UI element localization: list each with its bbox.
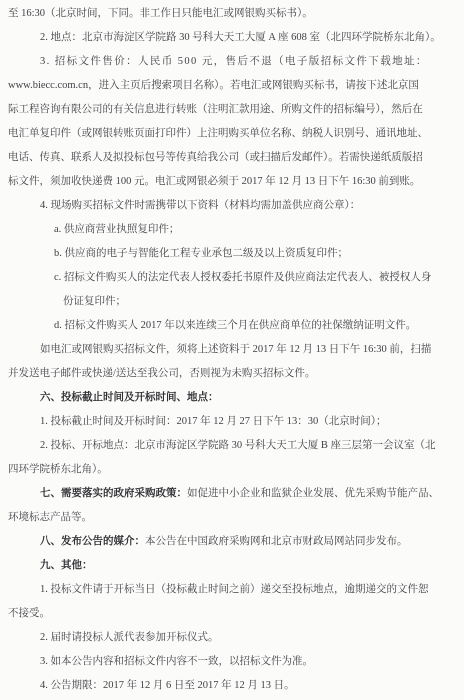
doc-line-text: www.biecc.com.cn，进入主页后搜索项目名称）。若电汇或网银购买标书… xyxy=(8,80,419,91)
doc-line: 四环学院桥东北角）。 xyxy=(0,458,464,482)
doc-line-text: 标文件，须加收快递费 100 元。电汇或网银必须于 2017 年 12 月 13… xyxy=(8,176,420,187)
doc-line-text: 至 16:30（北京时间，下同。非工作日只能电汇或网银购买标书）。 xyxy=(8,8,313,19)
doc-line-text: 3. 招标文件售价：人民币 500 元，售后不退（电子版招标文件下载地址： xyxy=(40,56,428,67)
doc-line: 八、发布公告的媒介：本公告在中国政府采购网和北京市财政局网站同步发布。 xyxy=(0,530,464,554)
doc-line: 电汇单复印件（或网银转账页面打印件）上注明购买单位名称、纳税人识别号、通讯地址、 xyxy=(0,122,464,146)
doc-line-text: 4. 现场购买招标文件时需携带以下资料（材料均需加盖供应商公章）： xyxy=(40,200,360,211)
section-heading: 九、其他： xyxy=(40,560,93,571)
document-page: 至 16:30（北京时间，下同。非工作日只能电汇或网银购买标书）。2. 地点：北… xyxy=(0,0,464,700)
doc-line: 1. 投标截止时间及开标时间：2017 年 12 月 27 日下午 13：30（… xyxy=(0,410,464,434)
doc-line: 4. 现场购买招标文件时需携带以下资料（材料均需加盖供应商公章）： xyxy=(0,194,464,218)
doc-line-text: 电汇单复印件（或网银转账页面打印件）上注明购买单位名称、纳税人识别号、通讯地址、 xyxy=(8,128,428,139)
doc-line: 2. 届时请投标人派代表参加开标仪式。 xyxy=(0,626,464,650)
doc-line: 2. 地点：北京市海淀区学院路 30 号科大天工大厦 A 座 608 室（北四环… xyxy=(0,26,464,50)
doc-line-text: 不接受。 xyxy=(8,608,50,619)
doc-line: a. 供应商营业执照复印件； xyxy=(0,218,464,242)
doc-line: 六、投标截止时间及开标时间、地点： xyxy=(0,386,464,410)
doc-line: 际工程咨询有限公司的有关信息进行转账（注明汇款用途、所购文件的招标编号），然后在 xyxy=(0,98,464,122)
doc-line-text: 4. 公告期限：2017 年 12 月 6 日至 2017 年 12 月 13 … xyxy=(40,680,295,691)
doc-line: www.biecc.com.cn，进入主页后搜索项目名称）。若电汇或网银购买标书… xyxy=(0,74,464,98)
doc-line-text: 如电汇或网银购买招标文件，须将上述资料于 2017 年 12 月 13 日下午 … xyxy=(40,344,431,355)
doc-line-text: 四环学院桥东北角）。 xyxy=(8,464,108,475)
doc-line-text: d. 招标文件购买人 2017 年以来连续三个月在供应商单位的社保缴纳证明文件。 xyxy=(54,320,416,331)
doc-line: 4. 公告期限：2017 年 12 月 6 日至 2017 年 12 月 13 … xyxy=(0,674,464,698)
doc-line: b. 供应商的电子与智能化工程专业承包二级及以上资质复印件； xyxy=(0,242,464,266)
doc-line: 并发送电子邮件或快递/送达至我公司，否则视为未购买招标文件。 xyxy=(0,362,464,386)
doc-line: c. 招标文件购买人的法定代表人授权委托书原件及供应商法定代表人、被授权人身 xyxy=(0,266,464,290)
doc-line-text: c. 招标文件购买人的法定代表人授权委托书原件及供应商法定代表人、被授权人身 xyxy=(54,272,431,283)
doc-line: 份证复印件； xyxy=(0,290,464,314)
section-heading: 七、需要落实的政府采购政策： xyxy=(40,488,187,499)
doc-line: 七、需要落实的政府采购政策：如促进中小企业和监狱企业发展、优先采购节能产品、 xyxy=(0,482,464,506)
doc-line-text: 2. 地点：北京市海淀区学院路 30 号科大天工大厦 A 座 608 室（北四环… xyxy=(40,32,441,43)
doc-line: 标文件，须加收快递费 100 元。电汇或网银必须于 2017 年 12 月 13… xyxy=(0,170,464,194)
doc-line-text: 并发送电子邮件或快递/送达至我公司，否则视为未购买招标文件。 xyxy=(8,368,315,379)
doc-line-text: 2. 届时请投标人派代表参加开标仪式。 xyxy=(40,632,219,643)
doc-line: d. 招标文件购买人 2017 年以来连续三个月在供应商单位的社保缴纳证明文件。 xyxy=(0,314,464,338)
doc-line-text: 本公告在中国政府采购网和北京市财政局网站同步发布。 xyxy=(145,536,408,547)
doc-line: 1. 投标文件请于开标当日（投标截止时间之前）递交至投标地点，逾期递交的文件恕 xyxy=(0,578,464,602)
doc-line: 3. 招标文件售价：人民币 500 元，售后不退（电子版招标文件下载地址： xyxy=(0,50,464,74)
doc-line: 3. 如本公告内容和招标文件内容不一致，以招标文件为准。 xyxy=(0,650,464,674)
doc-line-text: 如促进中小企业和监狱企业发展、优先采购节能产品、 xyxy=(187,488,439,499)
doc-line: 2. 投标、开标地点：北京市海淀区学院路 30 号科大天工大厦 B 座三层第一会… xyxy=(0,434,464,458)
doc-line-text: 际工程咨询有限公司的有关信息进行转账（注明汇款用途、所购文件的招标编号），然后在 xyxy=(8,104,423,115)
section-heading: 八、发布公告的媒介： xyxy=(40,536,145,547)
doc-line-text: 2. 投标、开标地点：北京市海淀区学院路 30 号科大天工大厦 B 座三层第一会… xyxy=(40,440,436,451)
doc-line-text: 份证复印件； xyxy=(63,296,126,307)
doc-line-text: 电话、传真、联系人及拟投标包号等传真给我公司（或扫描后发邮件）。若需快递纸质版招 xyxy=(8,152,423,163)
section-heading: 六、投标截止时间及开标时间、地点： xyxy=(40,392,219,403)
doc-line-text: 3. 如本公告内容和招标文件内容不一致，以招标文件为准。 xyxy=(40,656,313,667)
doc-line-text: 1. 投标截止时间及开标时间：2017 年 12 月 27 日下午 13：30（… xyxy=(40,416,387,427)
doc-line: 环境标志产品等。 xyxy=(0,506,464,530)
doc-line-text: a. 供应商营业执照复印件； xyxy=(54,224,179,235)
doc-line-text: b. 供应商的电子与智能化工程专业承包二级及以上资质复印件； xyxy=(54,248,348,259)
document-body: 至 16:30（北京时间，下同。非工作日只能电汇或网银购买标书）。2. 地点：北… xyxy=(0,2,464,698)
doc-line-text: 1. 投标文件请于开标当日（投标截止时间之前）递交至投标地点，逾期递交的文件恕 xyxy=(40,584,429,595)
doc-line: 不接受。 xyxy=(0,602,464,626)
doc-line: 至 16:30（北京时间，下同。非工作日只能电汇或网银购买标书）。 xyxy=(0,2,464,26)
doc-line: 如电汇或网银购买招标文件，须将上述资料于 2017 年 12 月 13 日下午 … xyxy=(0,338,464,362)
doc-line: 电话、传真、联系人及拟投标包号等传真给我公司（或扫描后发邮件）。若需快递纸质版招 xyxy=(0,146,464,170)
doc-line: 九、其他： xyxy=(0,554,464,578)
doc-line-text: 环境标志产品等。 xyxy=(8,512,92,523)
